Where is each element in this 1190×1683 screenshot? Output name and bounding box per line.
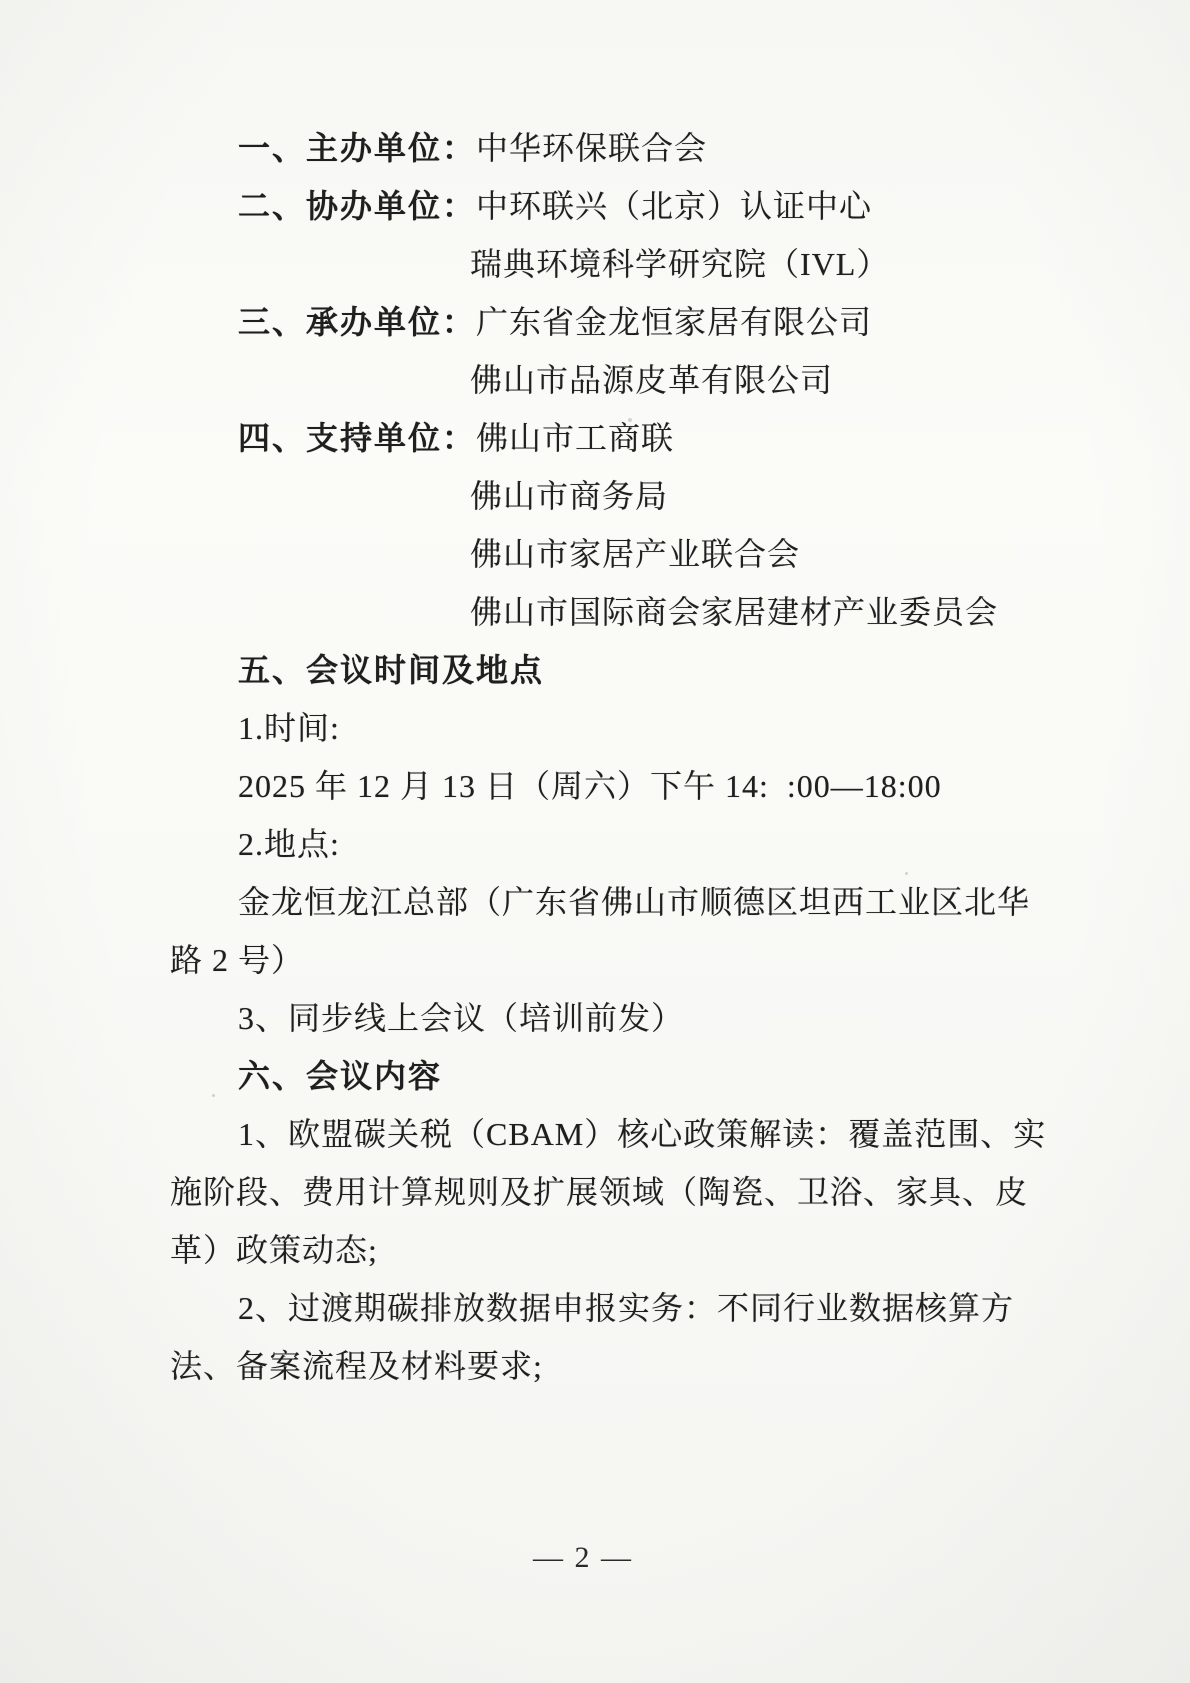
undertaker-label: 三、承办单位：	[238, 297, 476, 343]
place-value-row-1: 金龙恒龙江总部（广东省佛山市顺德区坦西工业区北华	[170, 871, 1012, 929]
co-organizer-row-cont: 瑞典环境科学研究院（IVL）	[170, 233, 1012, 291]
scanned-document-page: 一、主办单位： 中华环保联合会 二、协办单位： 中环联兴（北京）认证中心 瑞典环…	[0, 0, 1190, 1683]
supporter-name-3: 佛山市家居产业联合会	[470, 529, 800, 575]
section-time-place-heading: 五、会议时间及地点	[170, 639, 1012, 697]
supporter-name-1: 佛山市工商联	[476, 413, 674, 459]
supporter-row-cont-1: 佛山市商务局	[170, 465, 1012, 523]
co-organizer-name-1: 中环联兴（北京）认证中心	[476, 181, 872, 227]
supporter-name-4: 佛山市国际商会家居建材产业委员会	[470, 587, 998, 633]
supporter-name-2: 佛山市商务局	[470, 471, 668, 517]
supporter-row: 四、支持单位： 佛山市工商联	[170, 407, 1012, 465]
agenda-item1-row-3: 革）政策动态;	[170, 1219, 1012, 1277]
page-number: — 2 —	[0, 1536, 1166, 1580]
online-meeting-row: 3、同步线上会议（培训前发）	[170, 987, 1012, 1045]
co-organizer-label: 二、协办单位：	[238, 181, 476, 227]
section-content-heading: 六、会议内容	[170, 1045, 1012, 1103]
host-organizer-label: 一、主办单位：	[238, 123, 476, 169]
supporter-row-cont-3: 佛山市国际商会家居建材产业委员会	[170, 581, 1012, 639]
place-label-row: 2.地点:	[170, 813, 1012, 871]
co-organizer-row: 二、协办单位： 中环联兴（北京）认证中心	[170, 175, 1012, 233]
undertaker-name-2: 佛山市品源皮革有限公司	[470, 355, 833, 401]
time-label-row: 1.时间:	[170, 697, 1012, 755]
undertaker-row-cont: 佛山市品源皮革有限公司	[170, 349, 1012, 407]
document-body: 一、主办单位： 中华环保联合会 二、协办单位： 中环联兴（北京）认证中心 瑞典环…	[170, 117, 1012, 1393]
undertaker-name-1: 广东省金龙恒家居有限公司	[476, 297, 872, 343]
time-value-row: 2025 年 12 月 13 日（周六）下午 14: :00—18:00	[170, 755, 1012, 813]
supporter-row-cont-2: 佛山市家居产业联合会	[170, 523, 1012, 581]
host-organizer-name: 中华环保联合会	[476, 123, 707, 169]
supporter-label: 四、支持单位：	[238, 413, 476, 459]
host-organizer-row: 一、主办单位： 中华环保联合会	[170, 117, 1012, 175]
agenda-item1-row-1: 1、欧盟碳关税（CBAM）核心政策解读：覆盖范围、实	[170, 1103, 1012, 1161]
agenda-item2-row-2: 法、备案流程及材料要求;	[170, 1335, 1012, 1393]
agenda-item1-row-2: 施阶段、费用计算规则及扩展领域（陶瓷、卫浴、家具、皮	[170, 1161, 1012, 1219]
undertaker-row: 三、承办单位： 广东省金龙恒家居有限公司	[170, 291, 1012, 349]
co-organizer-name-2: 瑞典环境科学研究院（IVL）	[470, 239, 889, 285]
place-value-row-2: 路 2 号）	[170, 929, 1012, 987]
agenda-item2-row-1: 2、过渡期碳排放数据申报实务：不同行业数据核算方	[170, 1277, 1012, 1335]
